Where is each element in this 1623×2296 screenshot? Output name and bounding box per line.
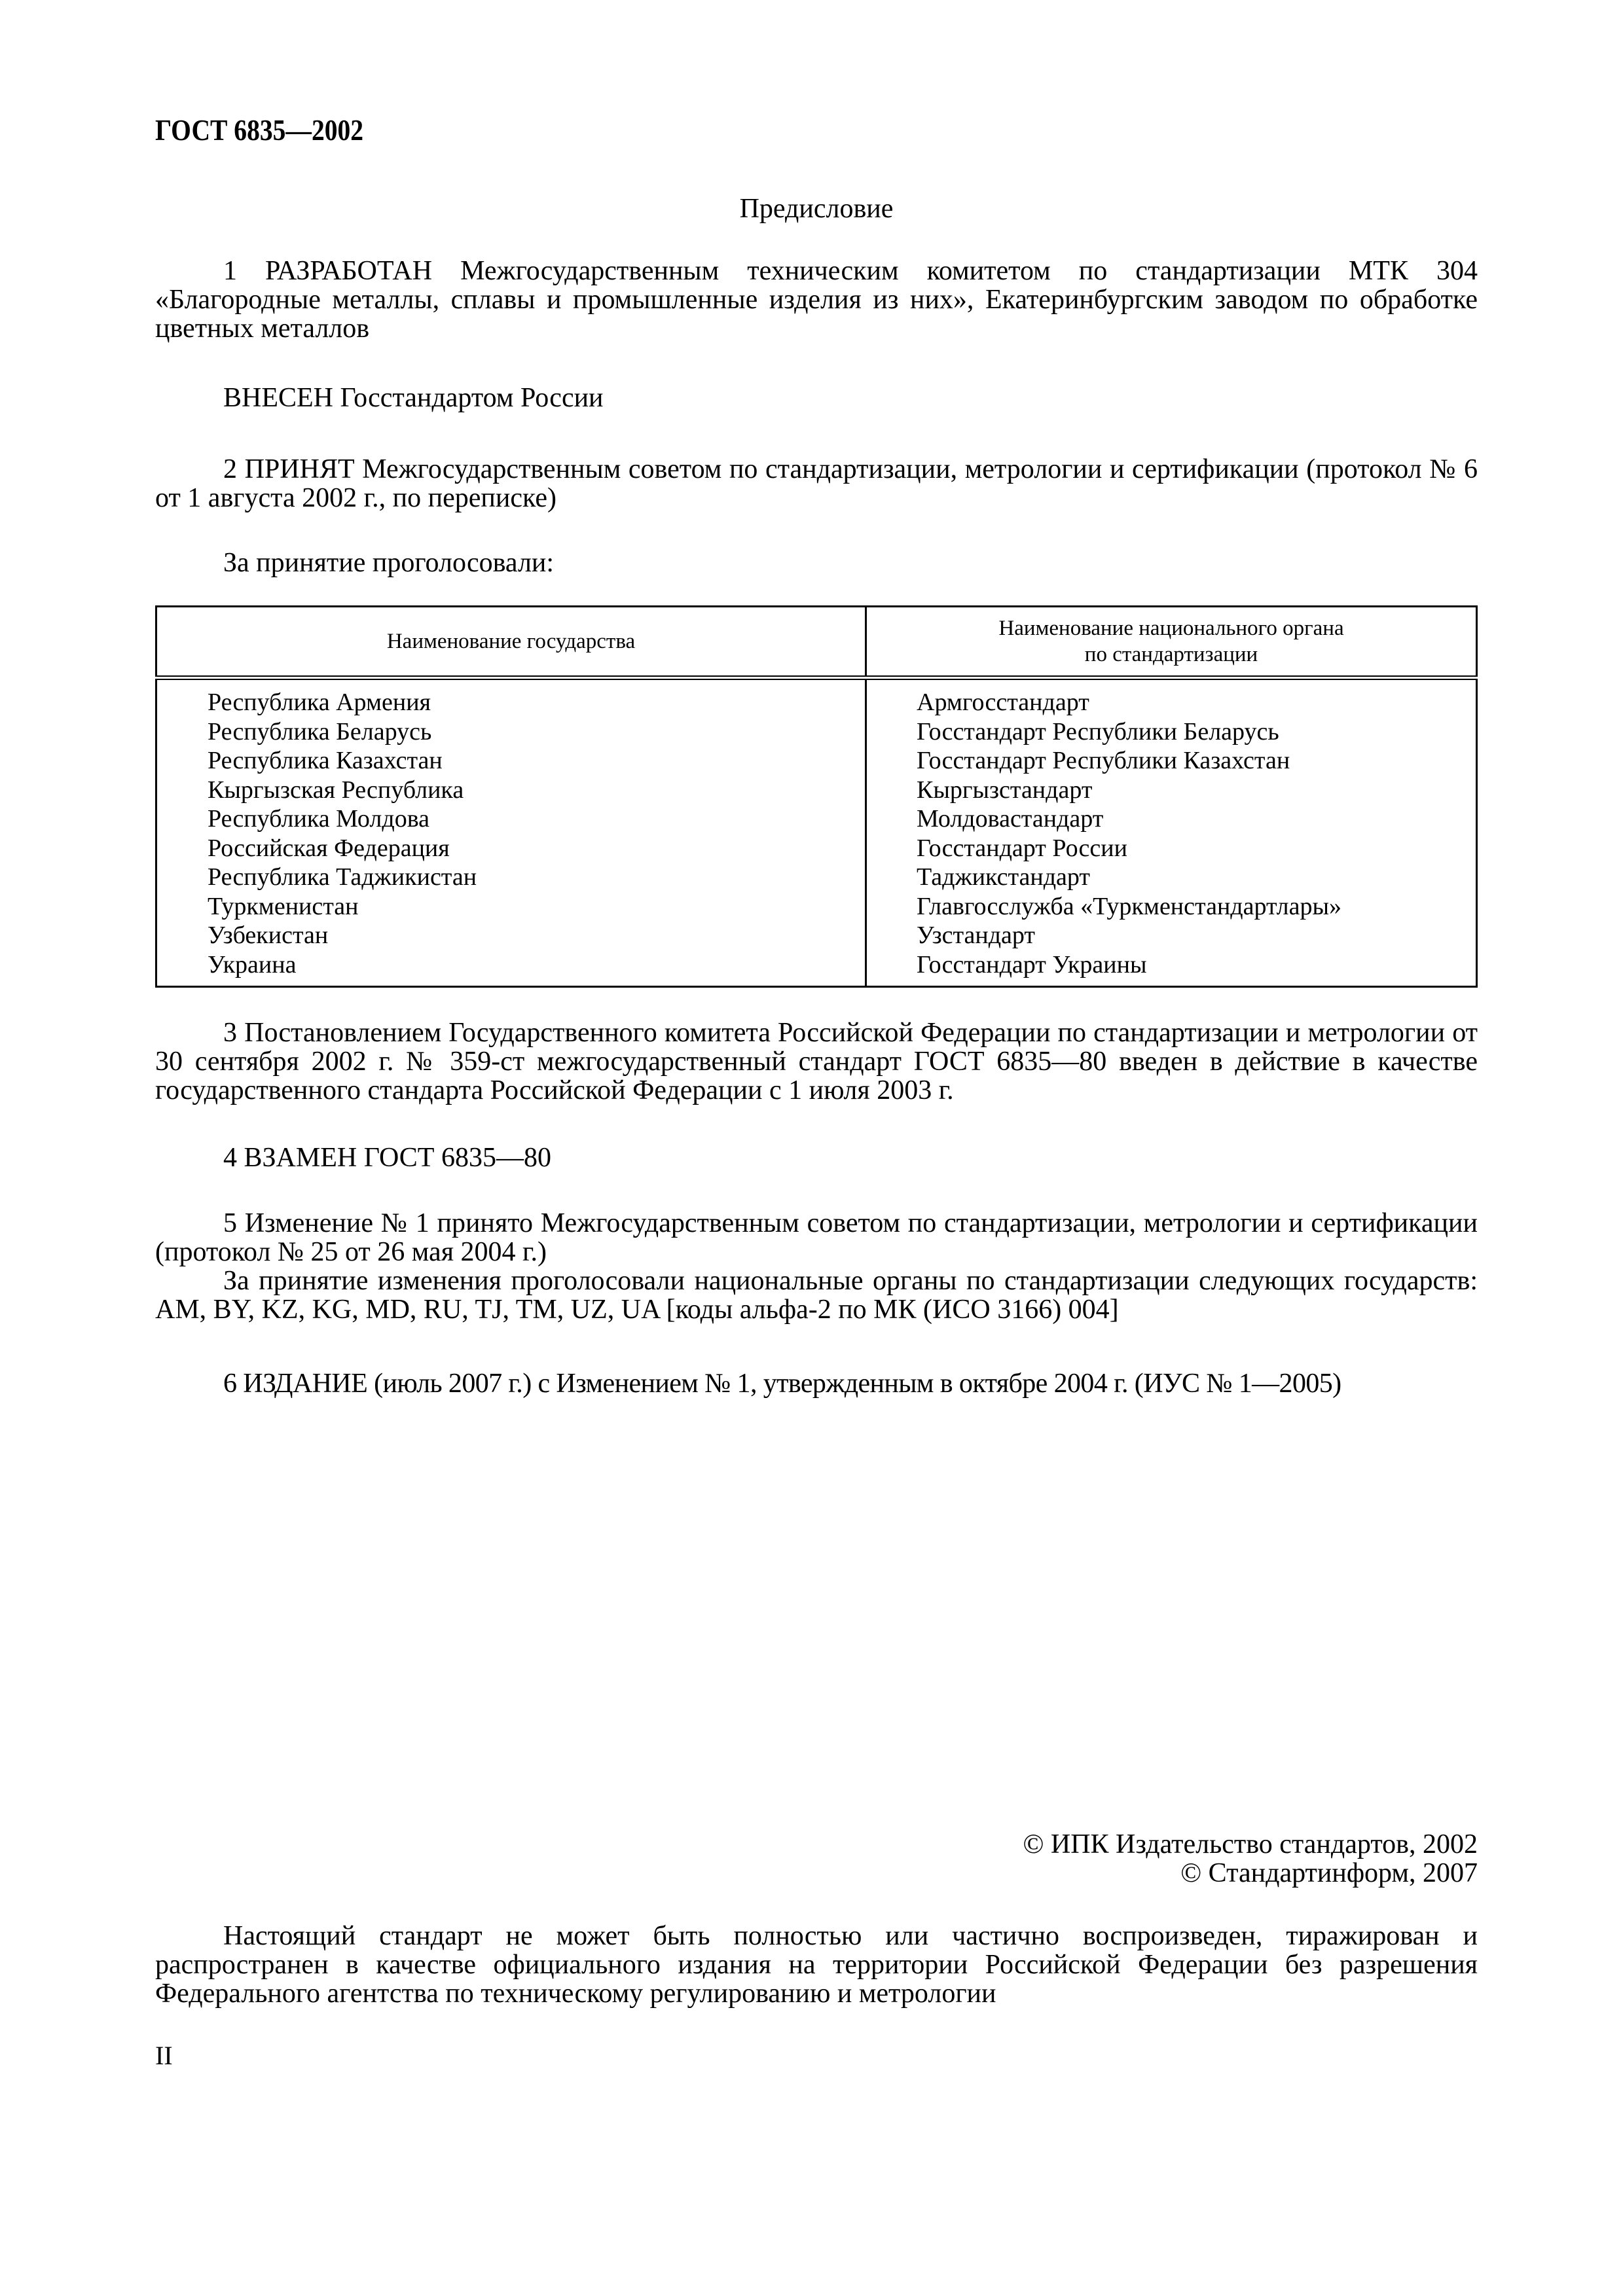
voting-states-table: Наименование государства Наименование на… xyxy=(155,605,1478,988)
column-header-line: Наименование национального органа xyxy=(867,615,1476,641)
standards-body-name: Кыргызстандарт xyxy=(917,776,1476,805)
paragraph-edition: 6 ИЗДАНИЕ (июль 2007 г.) с Изменением № … xyxy=(155,1369,1478,1398)
copyright-line: © ИПК Издательство стандартов, 2002 xyxy=(1023,1830,1478,1859)
table-header-row: Наименование государства Наименование на… xyxy=(156,607,1477,678)
standards-body-name: Молдовастандарт xyxy=(917,804,1476,834)
column-header-line: по стандартизации xyxy=(867,641,1476,668)
paragraph-developed-by: 1 РАЗРАБОТАН Межгосударственным техничес… xyxy=(155,257,1478,343)
standards-body-name: Госстандарт Республики Казахстан xyxy=(917,746,1476,776)
state-name: Республика Беларусь xyxy=(208,717,865,747)
copyright-line: © Стандартинформ, 2007 xyxy=(1023,1859,1478,1888)
standards-body-name: Госстандарт Украины xyxy=(917,950,1476,980)
state-name: Республика Казахстан xyxy=(208,746,865,776)
section-title: Предисловие xyxy=(155,193,1478,224)
paragraph-enacted-by: 3 Постановлением Государственного комите… xyxy=(155,1018,1478,1105)
copyright-block: © ИПК Издательство стандартов, 2002 © Ст… xyxy=(1023,1830,1478,1888)
standards-body-name: Узстандарт xyxy=(917,921,1476,950)
paragraph-amendment: 5 Изменение № 1 принято Межгосударственн… xyxy=(155,1209,1478,1266)
state-name: Республика Молдова xyxy=(208,804,865,834)
standards-body-name: Госстандарт России xyxy=(917,834,1476,863)
reproduction-notice: Настоящий стандарт не может быть полност… xyxy=(155,1922,1478,2008)
table-body-row: Республика Армения Республика Беларусь Р… xyxy=(156,678,1477,987)
state-name: Украина xyxy=(208,950,865,980)
paragraph-submitted-by: ВНЕСЕН Госстандартом России xyxy=(155,384,1478,412)
state-name: Туркменистан xyxy=(208,892,865,922)
paragraph-adopted-by: 2 ПРИНЯТ Межгосударственным советом по с… xyxy=(155,455,1478,512)
paragraph-amendment-votes: За принятие изменения проголосовали наци… xyxy=(155,1266,1478,1324)
document-code: ГОСТ 6835—2002 xyxy=(155,113,363,147)
paragraph-voted-for: За принятие проголосовали: xyxy=(155,548,1478,577)
standards-body-name: Армгосстандарт xyxy=(917,688,1476,717)
column-header-state: Наименование государства xyxy=(156,607,866,678)
column-header-standards-body: Наименование национального органа по ста… xyxy=(866,607,1477,678)
state-name: Узбекистан xyxy=(208,921,865,950)
states-column: Республика Армения Республика Беларусь Р… xyxy=(156,678,866,987)
standards-bodies-column: Армгосстандарт Госстандарт Республики Бе… xyxy=(866,678,1477,987)
paragraph-replaces: 4 ВЗАМЕН ГОСТ 6835—80 xyxy=(155,1143,1478,1172)
state-name: Кыргызская Республика xyxy=(208,776,865,805)
state-name: Республика Армения xyxy=(208,688,865,717)
state-name: Российская Федерация xyxy=(208,834,865,863)
standards-body-name: Госстандарт Республики Беларусь xyxy=(917,717,1476,747)
page-number: II xyxy=(155,2040,173,2071)
state-name: Республика Таджикистан xyxy=(208,863,865,892)
standards-body-name: Таджикстандарт xyxy=(917,863,1476,892)
standards-body-name: Главгосслужба «Туркменстандартлары» xyxy=(917,892,1476,922)
